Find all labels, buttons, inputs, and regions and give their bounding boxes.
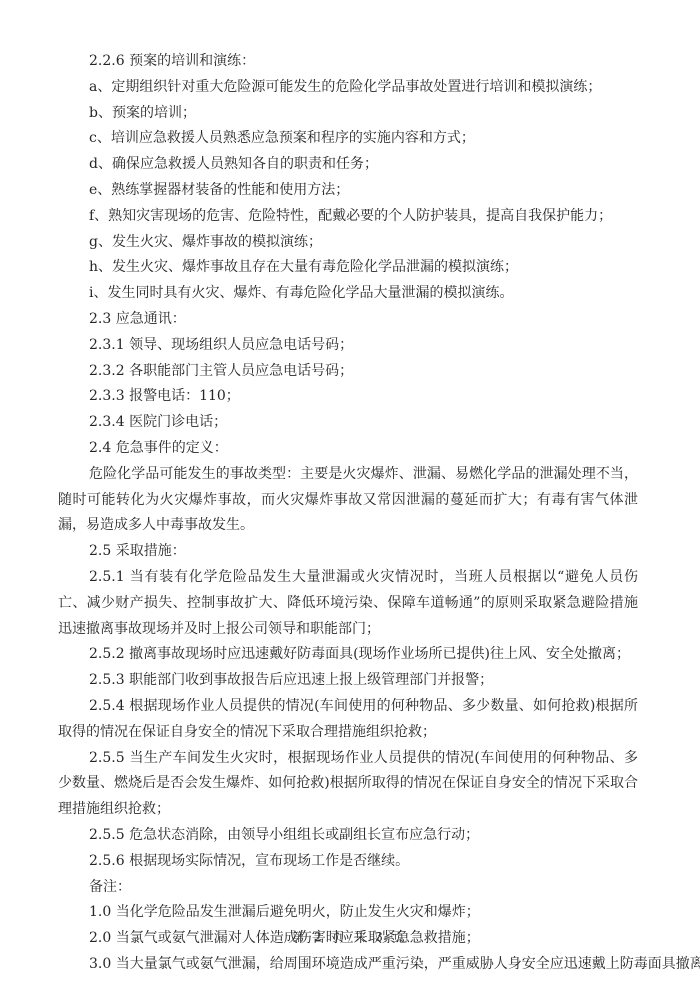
document-page: 2.2.6 预案的培训和演练： a、定期组织针对重大危险源可能发生的危险化学品事… [58, 49, 638, 978]
heading-2-3: 2.3 应急通讯： [58, 307, 638, 333]
list-item-i: i、发生同时具有火灾、爆炸、有毒危险化学品大量泄漏的模拟演练。 [58, 281, 638, 307]
note-3: 3.0 当大量氯气或氨气泄漏，给周围环境造成严重污染，严重威胁人身安全应迅速戴上… [58, 952, 638, 978]
item-2-3-4: 2.3.4 医院门诊电话； [58, 410, 638, 436]
definition-paragraph: 危险化学品可能发生的事故类型：主要是火灾爆炸、泄漏、易燃化学品的泄漏处理不当，随… [58, 462, 638, 539]
heading-2-2-6: 2.2.6 预案的培训和演练： [58, 49, 638, 75]
item-2-3-2: 2.3.2 各职能部门主管人员应急电话号码； [58, 359, 638, 385]
measure-2-5-2: 2.5.2 撤离事故现场时应迅速戴好防毒面具(现场作业场所已提供)往上风、安全处… [58, 642, 638, 668]
heading-2-5: 2.5 采取措施： [58, 539, 638, 565]
list-item-c: c、培训应急救援人员熟悉应急预案和程序的实施内容和方式； [58, 126, 638, 152]
list-item-g: g、发生火灾、爆炸事故的模拟演练； [58, 230, 638, 256]
measure-2-5-6: 2.5.6 根据现场实际情况，宣布现场工作是否继续。 [58, 849, 638, 875]
notes-title: 备注： [58, 875, 638, 901]
heading-2-4: 2.4 危急事件的定义： [58, 436, 638, 462]
list-item-d: d、确保应急救援人员熟知各自的职责和任务； [58, 152, 638, 178]
note-1: 1.0 当化学危险品发生泄漏后避免明火，防止发生火灾和爆炸； [58, 900, 638, 926]
list-item-h: h、发生火灾、爆炸事故且存在大量有毒危险化学品泄漏的模拟演练； [58, 255, 638, 281]
measure-2-5-3: 2.5.3 职能部门收到事故报告后应迅速上报上级管理部门并报警； [58, 668, 638, 694]
measure-2-5-5-end: 2.5.5 危急状态消除，由领导小组组长或副组长宣布应急行动； [58, 823, 638, 849]
list-item-e: e、熟练掌握器材装备的性能和使用方法； [58, 178, 638, 204]
measure-2-5-1: 2.5.1 当有装有化学危险品发生大量泄漏或火灾情况时，当班人员根据以“避免人员… [58, 565, 638, 642]
list-item-f: f、熟知灾害现场的危害、危险特性，配戴必要的个人防护装具，提高自我保护能力； [58, 204, 638, 230]
item-2-3-3: 2.3.3 报警电话：110； [58, 384, 638, 410]
list-item-b: b、预案的培训； [58, 101, 638, 127]
page-number-footer: 第 2 页 共 3 页 [0, 928, 700, 945]
measure-2-5-4: 2.5.4 根据现场作业人员提供的情况(车间使用的何种物品、多少数量、如何抢救)… [58, 694, 638, 746]
item-2-3-1: 2.3.1 领导、现场组织人员应急电话号码； [58, 333, 638, 359]
measure-2-5-5-fire: 2.5.5 当生产车间发生火灾时，根据现场作业人员提供的情况(车间使用的何种物品… [58, 746, 638, 823]
list-item-a: a、定期组织针对重大危险源可能发生的危险化学品事故处置进行培训和模拟演练； [58, 75, 638, 101]
